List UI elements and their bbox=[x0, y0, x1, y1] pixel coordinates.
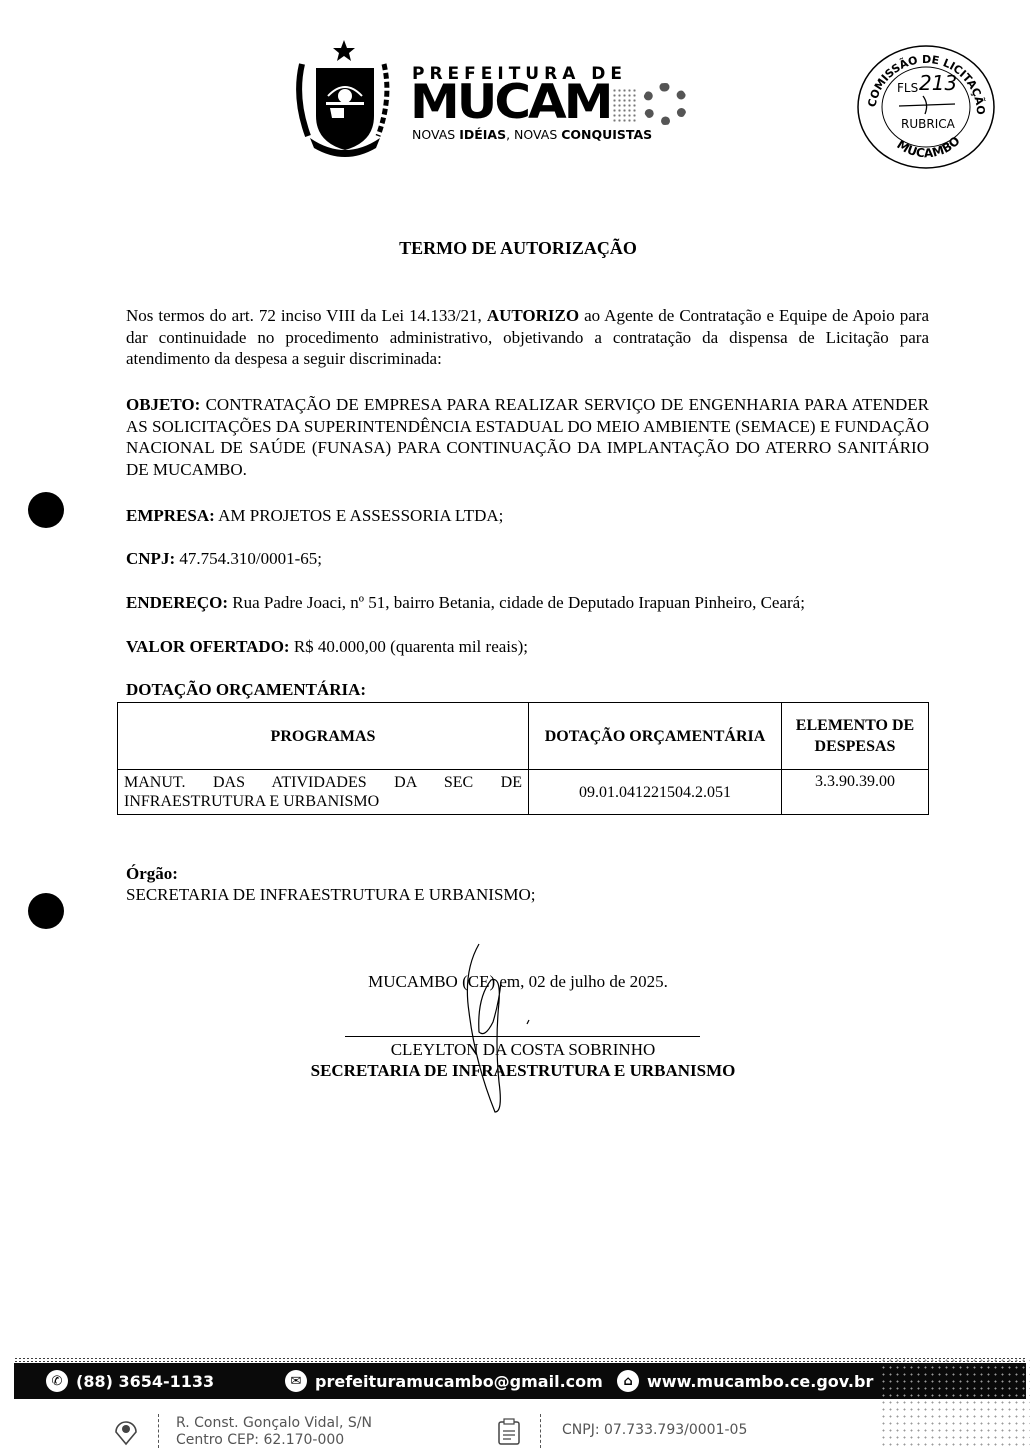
signature-line bbox=[345, 1036, 700, 1037]
footer-separator bbox=[158, 1414, 159, 1448]
signer-name: CLEYLTON DA COSTA SOBRINHO bbox=[0, 1040, 1036, 1060]
footer-address: R. Const. Gonçalo Vidal, S/N Centro CEP:… bbox=[176, 1415, 372, 1449]
endereco-line: ENDEREÇO: Rua Padre Joaci, nº 51, bairro… bbox=[126, 593, 805, 613]
brand-o-icon bbox=[642, 83, 688, 125]
objeto-paragraph: OBJETO: CONTRATAÇÃO DE EMPRESA PARA REAL… bbox=[126, 394, 929, 480]
table-header-row: PROGRAMAS DOTAÇÃO ORÇAMENTÁRIA ELEMENTO … bbox=[118, 703, 929, 770]
handwritten-signature-icon bbox=[455, 942, 545, 1117]
brand-dots-decoration bbox=[612, 88, 638, 124]
phone-icon: ✆ bbox=[46, 1370, 68, 1392]
stamp-rubrica-label: RUBRICA bbox=[901, 117, 956, 131]
empresa-line: EMPRESA: AM PROJETOS E ASSESSORIA LTDA; bbox=[126, 506, 503, 526]
valor-line: VALOR OFERTADO: R$ 40.000,00 (quarenta m… bbox=[126, 637, 528, 657]
footer-wave-decoration bbox=[880, 1357, 1030, 1447]
dotacao-title: DOTAÇÃO ORÇAMENTÁRIA: bbox=[126, 680, 366, 700]
coat-of-arms-icon bbox=[288, 38, 398, 160]
cnpj-line: CNPJ: 47.754.310/0001-65; bbox=[126, 549, 322, 569]
document-icon bbox=[497, 1418, 521, 1446]
envelope-icon: ✉ bbox=[285, 1370, 307, 1392]
document-title: TERMO DE AUTORIZAÇÃO bbox=[0, 238, 1036, 259]
signer-role: SECRETARIA DE INFRAESTRUTURA E URBANISMO bbox=[0, 1061, 1036, 1081]
stamp-fls-label: FLS bbox=[897, 81, 918, 95]
footer-cnpj: CNPJ: 07.733.793/0001-05 bbox=[562, 1422, 747, 1439]
punch-hole-top bbox=[28, 492, 64, 528]
cell-programa: MANUT. DAS ATIVIDADES DA SEC DE INFRAEST… bbox=[118, 770, 529, 815]
punch-hole-bottom bbox=[28, 893, 64, 929]
licitacao-stamp: COMISSÃO DE LICITAÇÃO MUCAMBO FLS 213 RU… bbox=[855, 44, 997, 170]
orgao-value: SECRETARIA DE INFRAESTRUTURA E URBANISMO… bbox=[126, 885, 536, 905]
dotacao-table: PROGRAMAS DOTAÇÃO ORÇAMENTÁRIA ELEMENTO … bbox=[117, 702, 929, 815]
stamp-fls-number: 213 bbox=[919, 71, 957, 95]
stamp-ring-bottom: MUCAMBO bbox=[894, 134, 962, 161]
header-dotacao: DOTAÇÃO ORÇAMENTÁRIA bbox=[529, 703, 782, 770]
cell-dotacao: 09.01.041221504.2.051 bbox=[529, 770, 782, 815]
footer-website[interactable]: ⌂ www.mucambo.ce.gov.br bbox=[617, 1370, 873, 1392]
table-row: MANUT. DAS ATIVIDADES DA SEC DE INFRAEST… bbox=[118, 770, 929, 815]
header-programas: PROGRAMAS bbox=[118, 703, 529, 770]
orgao-label: Órgão: bbox=[126, 864, 178, 884]
location-pin-icon bbox=[112, 1418, 140, 1446]
brand-mucambo: MUCAM bbox=[410, 80, 611, 124]
footer-email[interactable]: ✉ prefeituramucambo@gmail.com bbox=[285, 1370, 603, 1392]
footer-separator bbox=[540, 1414, 541, 1448]
brand-slogan: NOVAS IDÉIAS, NOVAS CONQUISTAS bbox=[412, 127, 652, 142]
header-elemento: ELEMENTO DE DESPESAS bbox=[782, 703, 929, 770]
footer-phone: ✆ (88) 3654-1133 bbox=[46, 1370, 214, 1392]
intro-paragraph: Nos termos do art. 72 inciso VIII da Lei… bbox=[126, 305, 929, 370]
svg-text:MUCAMBO: MUCAMBO bbox=[894, 134, 962, 161]
home-icon: ⌂ bbox=[617, 1370, 639, 1392]
cell-elemento: 3.3.90.39.00 bbox=[782, 770, 929, 815]
